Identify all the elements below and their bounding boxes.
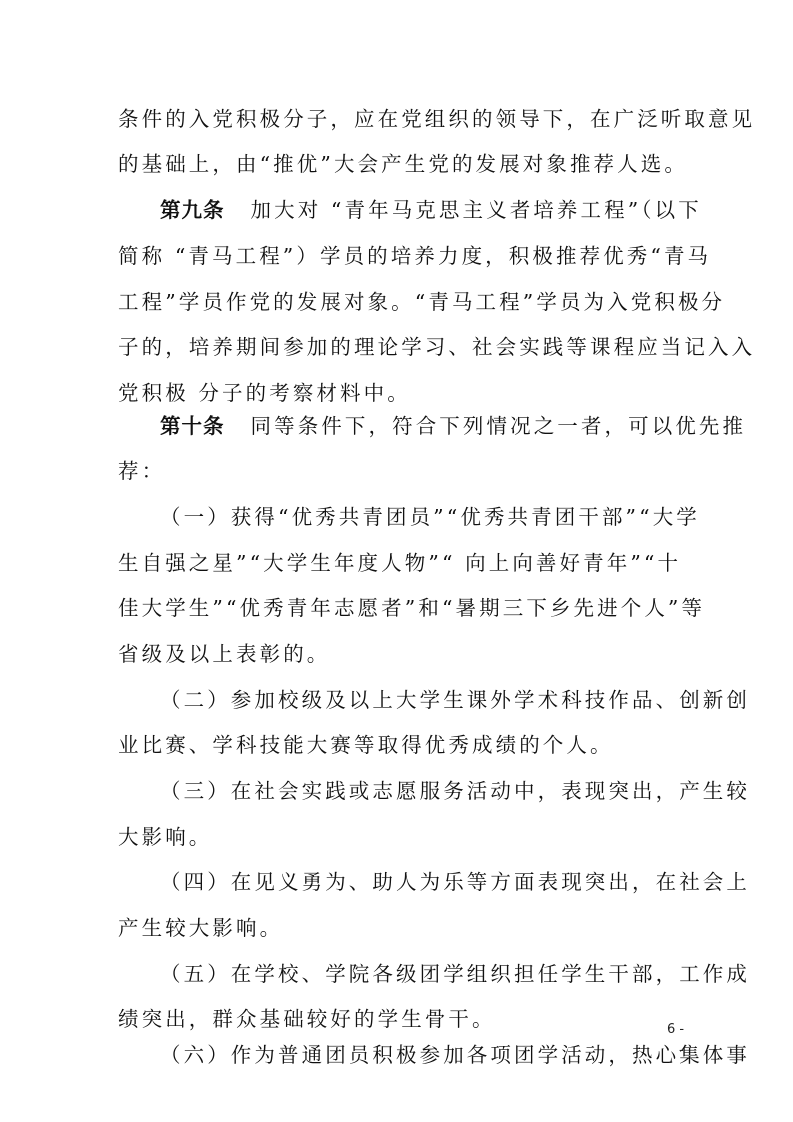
page-number-suffix: - xyxy=(679,1043,684,1058)
text-line: 大影响。 xyxy=(118,825,678,849)
text-line: 条件的入党积极分子，应在党组织的领导下，在广泛听取意见 xyxy=(118,107,678,131)
article-heading: 第十条 xyxy=(160,414,225,438)
article-heading: 第九条 xyxy=(160,198,225,222)
text-line: 生自强之星”“大学生年度人物”“ 向上向善好青年”“十 xyxy=(118,551,678,575)
list-item-5: （五）在学校、学院各级团学组织担任学生干部，工作成 xyxy=(160,962,720,986)
text-line: 业比赛、学科技能大赛等取得优秀成绩的个人。 xyxy=(118,733,678,757)
text-line: 佳大学生”“优秀青年志愿者”和“暑期三下乡先进个人”等 xyxy=(118,596,678,620)
text-line: 荐： xyxy=(118,459,678,483)
list-item-6: （六）作为普通团员积极参加各项团学活动，热心集体事 xyxy=(160,1043,720,1067)
text-line: 加大对 “青年马克思主义者培养工程”（以下 xyxy=(251,198,702,222)
list-item-2: （二）参加校级及以上大学生课外学术科技作品、创新创 xyxy=(160,688,720,712)
text-line: 绩突出，群众基础较好的学生骨干。 xyxy=(118,1007,678,1031)
text-line: 子的，培养期间参加的理论学习、社会实践等课程应当记入入 xyxy=(118,335,678,359)
text-line: 党积极 分子的考察材料中。 xyxy=(118,381,678,405)
text-line: 同等条件下，符合下列情况之一者，可以优先推 xyxy=(251,414,747,438)
text-line: 工程”学员作党的发展对象。“青马工程”学员为入党积极分 xyxy=(118,290,678,314)
article-9-paragraph: 第九条加大对 “青年马克思主义者培养工程”（以下 xyxy=(160,198,720,222)
text-line: 产生较大影响。 xyxy=(118,916,678,940)
list-item-4: （四）在见义勇为、助人为乐等方面表现突出，在社会上 xyxy=(160,870,720,894)
page-number: 6 - xyxy=(667,1022,684,1037)
text-line: 省级及以上表彰的。 xyxy=(118,642,678,666)
article-10-paragraph: 第十条同等条件下，符合下列情况之一者，可以优先推 xyxy=(160,414,720,438)
list-item-3: （三）在社会实践或志愿服务活动中，表现突出，产生较 xyxy=(160,779,720,803)
text-line: 简称 “青马工程”）学员的培养力度，积极推荐优秀“青马 xyxy=(118,244,678,268)
list-item-1: （一）获得“优秀共青团员”“优秀共青团干部”“大学 xyxy=(160,505,720,529)
text-line: 的基础上，由“推优”大会产生党的发展对象推荐人选。 xyxy=(118,152,678,176)
document-page: 条件的入党积极分子，应在党组织的领导下，在广泛听取意见 的基础上，由“推优”大会… xyxy=(0,0,793,1122)
